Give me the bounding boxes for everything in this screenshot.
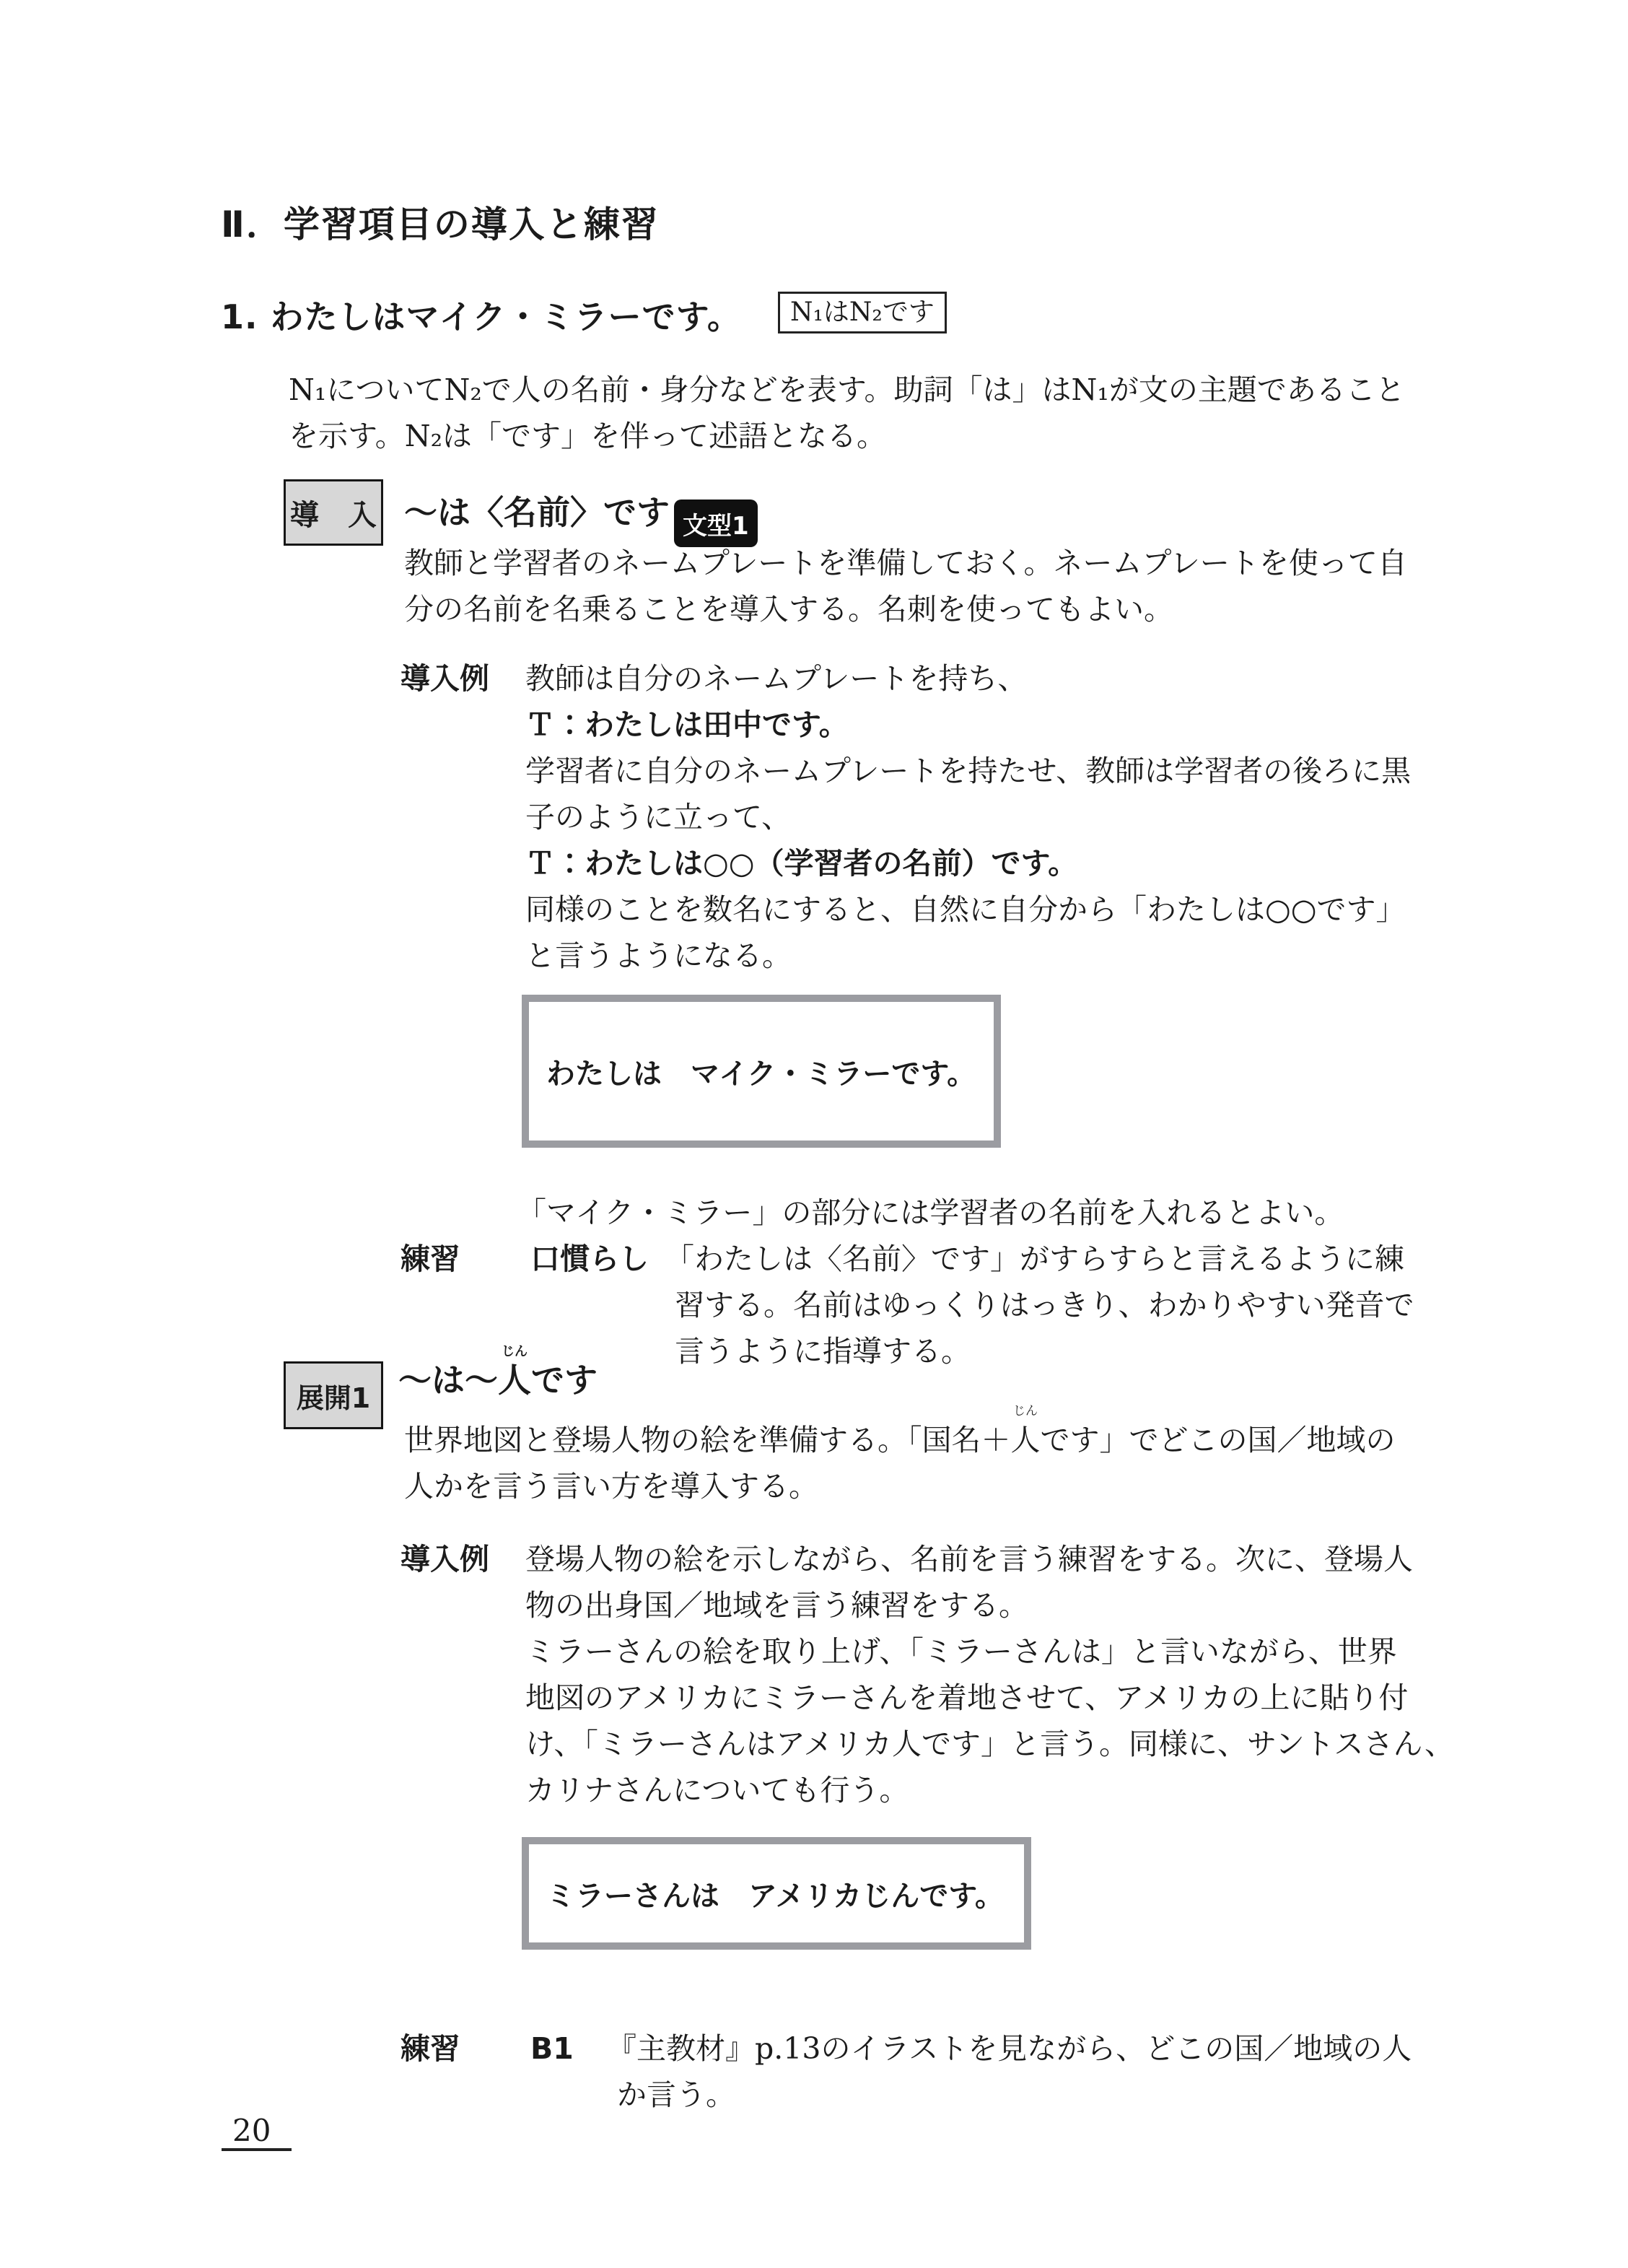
example-line: 物の出身国／地域を言う練習をする。	[525, 1582, 1454, 1628]
tenkai-label-box: 展開1	[284, 1361, 383, 1429]
tenkai-heading-suffix: です	[531, 1361, 598, 1400]
example-sentence: わたしは マイク・ミラーです。	[529, 1051, 976, 1092]
dounyuu-example: 教師は自分のネームプレートを持ち、 Ｔ：わたしは田中です。 学習者に自分のネーム…	[525, 655, 1411, 979]
body-line: 世界地図と登場人物の絵を準備する。「国名＋じん人です」でどこの国／地域の	[404, 1417, 1396, 1463]
body-line-post: です」でどこの国／地域の	[1041, 1423, 1396, 1457]
practice-line: か言う。	[617, 2072, 1412, 2118]
section-heading: Ⅱ．学習項目の導入と練習	[221, 205, 659, 244]
tenkai-heading: ～は～じん人です	[398, 1360, 598, 1400]
example-line: 子のように立って、	[525, 794, 1411, 840]
grammar-pattern-box: N₁はN₂です	[778, 292, 947, 333]
example-label: 導入例	[401, 1536, 489, 1582]
tenkai-heading-prefix: ～は～	[398, 1361, 498, 1400]
example-line: け、「ミラーさんはアメリカ人です」と言う。同様に、サントスさん、	[525, 1721, 1454, 1767]
body-line-pre: 世界地図と登場人物の絵を準備する。「国名＋	[404, 1423, 1011, 1457]
example-line: カリナさんについても行う。	[525, 1767, 1454, 1813]
example-label: 導入例	[401, 655, 489, 702]
intro-line: を示す。N₂は「です」を伴って述語となる。	[289, 413, 1405, 459]
example-line-teacher: Ｔ：わたしは田中です。	[525, 702, 1411, 748]
body-ruby-base: 人	[1011, 1423, 1041, 1457]
dounyuu-body: 教師と学習者のネームプレートを準備しておく。ネームプレートを使って自 分の名前を…	[404, 540, 1407, 632]
practice-item: B1	[530, 2025, 574, 2072]
heading-ruby-base: 人	[498, 1361, 531, 1400]
body-line: 教師と学習者のネームプレートを準備しておく。ネームプレートを使って自	[404, 540, 1407, 586]
example-line: 同様のことを数名にすると、自然に自分から「わたしは○○です」	[525, 886, 1411, 933]
body-ruby: じん人	[1011, 1417, 1041, 1463]
example-line: ミラーさんの絵を取り上げ、「ミラーさんは」と言いながら、世界	[525, 1628, 1454, 1675]
practice-body: 「わたしは〈名前〉です」がすらすらと言えるように練 習する。名前はゆっくりはっき…	[675, 1236, 1414, 1374]
example-box-2: ミラーさんは アメリカじんです。	[522, 1837, 1031, 1950]
body-line: 分の名前を名乗ることを導入する。名刺を使ってもよい。	[404, 586, 1407, 632]
practice-label: 練習	[401, 1236, 460, 1282]
example-line-teacher: Ｔ：わたしは○○（学習者の名前）です。	[525, 840, 1411, 886]
practice-type: 口慣らし	[530, 1236, 649, 1282]
intro-paragraph: N₁についてN₂で人の名前・身分などを表す。助詞「は」はN₁が文の主題であること…	[289, 367, 1405, 459]
practice-label: 練習	[401, 2025, 460, 2072]
page-number: 20	[232, 2115, 271, 2147]
example-line: 教師は自分のネームプレートを持ち、	[525, 655, 1411, 702]
example-line: 登場人物の絵を示しながら、名前を言う練習をする。次に、登場人	[525, 1536, 1454, 1582]
practice-line: 言うように指導する。	[675, 1328, 1414, 1374]
practice-body: 『主教材』p.13のイラストを見ながら、どこの国／地域の人 か言う。	[617, 2025, 1412, 2118]
practice-line: 「わたしは〈名前〉です」がすらすらと言えるように練	[675, 1236, 1414, 1282]
example-line: と言うようになる。	[525, 933, 1411, 979]
body-furigana: じん	[1013, 1405, 1038, 1418]
practice-line: 習する。名前はゆっくりはっきり、わかりやすい発音で	[675, 1282, 1414, 1328]
dounyuu-label-box: 導 入	[284, 479, 383, 546]
example-box-1: わたしは マイク・ミラーです。	[522, 995, 1001, 1148]
heading-furigana: じん	[502, 1345, 528, 1358]
page: Ⅱ．学習項目の導入と練習 1. わたしはマイク・ミラーです。 N₁はN₂です N…	[0, 0, 1628, 2268]
body-line: 人かを言う言い方を導入する。	[404, 1463, 1396, 1509]
lesson-item-title: 1. わたしはマイク・ミラーです。	[221, 299, 741, 335]
dounyuu-heading: ～は〈名前〉です	[404, 492, 670, 533]
note-line: 「マイク・ミラー」の部分には学習者の名前を入れるとよい。	[517, 1190, 1344, 1236]
example-sentence: ミラーさんは アメリカじんです。	[529, 1873, 1004, 1914]
practice-line: 『主教材』p.13のイラストを見ながら、どこの国／地域の人	[617, 2025, 1412, 2072]
tenkai-example: 登場人物の絵を示しながら、名前を言う練習をする。次に、登場人 物の出身国／地域を…	[525, 1536, 1454, 1813]
intro-line: N₁についてN₂で人の名前・身分などを表す。助詞「は」はN₁が文の主題であること	[289, 367, 1405, 413]
tenkai-body: 世界地図と登場人物の絵を準備する。「国名＋じん人です」でどこの国／地域の 人かを…	[404, 1417, 1396, 1509]
example-line: 地図のアメリカにミラーさんを着地させて、アメリカの上に貼り付	[525, 1675, 1454, 1721]
example-line: 学習者に自分のネームプレートを持たせ、教師は学習者の後ろに黒	[525, 748, 1411, 794]
page-number-underline	[222, 2148, 292, 2151]
tenkai-heading-ruby: じん人	[498, 1360, 531, 1400]
